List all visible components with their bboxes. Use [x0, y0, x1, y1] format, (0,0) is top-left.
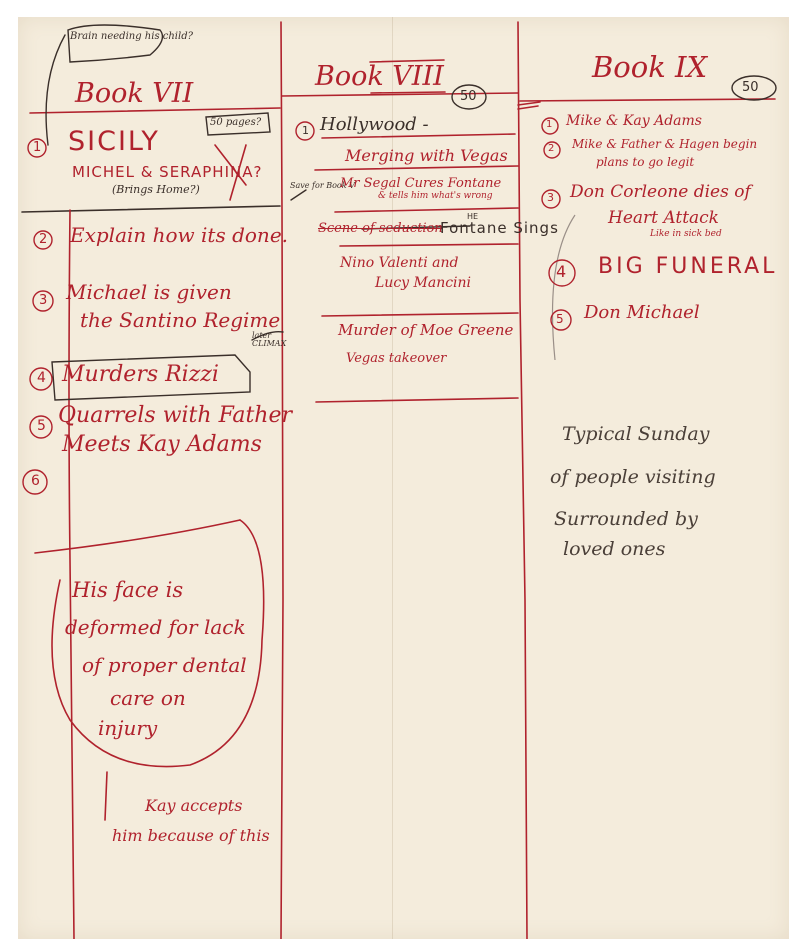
note-face-line-2: deformed for lack — [65, 617, 246, 637]
item-number: 1 — [302, 125, 309, 136]
book-ix-title: Book IX — [592, 53, 707, 82]
item-brings-home: (Brings Home?) — [112, 184, 200, 195]
item-number: 1 — [33, 141, 41, 154]
item-quarrels-father: Quarrels with Father — [58, 405, 292, 427]
page-count-badge: 50 — [460, 90, 477, 103]
item-santino-regime: the Santino Regime — [80, 310, 280, 330]
item-merging-vegas: Merging with Vegas — [345, 148, 508, 164]
book-viii-title: Book VIII — [315, 63, 444, 90]
item-nino-valenti: Nino Valenti and — [340, 256, 458, 270]
item-go-legit: plans to go legit — [596, 156, 694, 168]
item-michael-given: Michael is given — [66, 282, 232, 302]
item-sicily: SICILY — [68, 128, 160, 155]
note-face-line-5: injury — [98, 718, 157, 738]
item-michel-seraphina: MICHEL & SERAPHINA? — [72, 165, 262, 180]
item-murder-moe-greene: Murder of Moe Greene — [338, 323, 513, 338]
item-big-funeral: BIG FUNERAL — [598, 254, 777, 279]
item-sick-bed: Like in sick bed — [650, 230, 722, 239]
item-murders-rizzi: Murders Rizzi — [62, 364, 219, 386]
divider-line-2 — [518, 22, 527, 939]
note-face-line-1: His face is — [72, 580, 183, 601]
note-face-line-4: care on — [110, 688, 186, 708]
item-number: 4 — [37, 371, 46, 385]
note-face-line-3: of proper dental — [82, 655, 247, 675]
divider-line-1 — [281, 22, 283, 939]
item-number: 6 — [31, 474, 40, 488]
item-number: 4 — [556, 264, 566, 280]
page-count-badge: 50 — [742, 81, 759, 94]
item-tells-him: & tells him what's wrong — [378, 192, 493, 201]
item-don-corleone-dies: Don Corleone dies of — [570, 184, 751, 201]
item-number: 5 — [37, 419, 46, 433]
item-number: 2 — [39, 233, 47, 246]
item-fontane-sings: Fontane Sings — [440, 221, 559, 236]
item-heart-attack: Heart Attack — [608, 210, 719, 227]
item-hollywood: Hollywood - — [320, 116, 429, 134]
item-number: 2 — [548, 144, 554, 154]
item-number: 3 — [547, 192, 554, 203]
bottom-note-line-2: him because of this — [112, 828, 270, 844]
item-explain: Explain how its done. — [70, 225, 288, 245]
item-mike-kay: Mike & Kay Adams — [566, 114, 702, 128]
later-climax-note: later CLIMAX — [252, 332, 282, 348]
pencil-note-line-3: Surrounded by — [554, 510, 698, 529]
pencil-note-line-4: loved ones — [563, 540, 665, 559]
item-number: 5 — [556, 313, 564, 325]
item-number: 3 — [39, 294, 47, 307]
item-don-michael: Don Michael — [584, 304, 700, 322]
item-vegas-takeover: Vegas takeover — [346, 352, 446, 365]
item-lucy-mancini: Lucy Mancini — [375, 276, 471, 290]
item-number: 1 — [546, 120, 552, 130]
item-segal-fontane: Mr Segal Cures Fontane — [340, 177, 501, 190]
book-vii-title: Book VII — [75, 80, 193, 107]
pencil-note-line-2: of people visiting — [550, 468, 716, 487]
pencil-note-line-1: Typical Sunday — [562, 425, 709, 444]
item-meets-kay: Meets Kay Adams — [62, 434, 262, 456]
item-mike-father-hagen: Mike & Father & Hagen begin — [572, 138, 757, 150]
margin-note-top: Brain needing his child? — [70, 32, 193, 42]
page-count-note: 50 pages? — [210, 118, 261, 128]
bottom-note-line-1: Kay accepts — [145, 798, 242, 814]
item-big: BIG FUNERAL — [598, 250, 777, 278]
struck-text: Scene of seduction — [318, 222, 443, 235]
